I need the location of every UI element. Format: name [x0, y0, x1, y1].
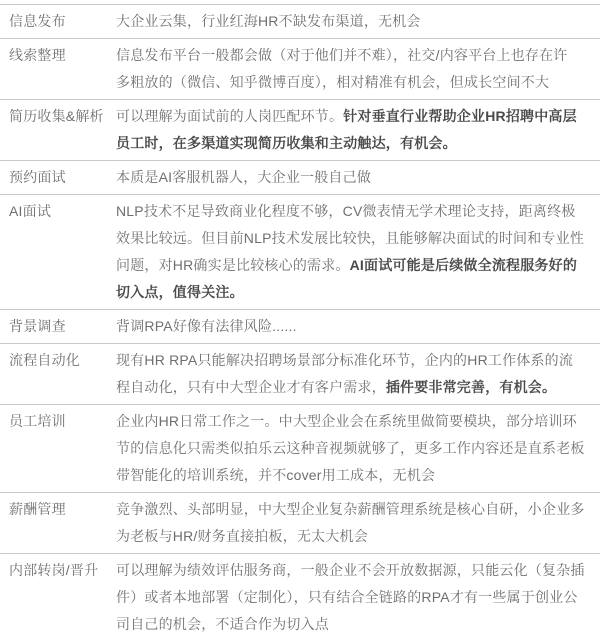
description-text: 带智能化的培训系统，并不cover用工成本，无机会	[116, 467, 435, 483]
description-line: 现有HR RPA只能解决招聘场景部分标准化环节，企内的HR工作体系的流	[116, 347, 594, 374]
row-description: 大企业云集，行业红海HR不缺发布渠道，无机会	[116, 8, 600, 35]
row-description: 现有HR RPA只能解决招聘场景部分标准化环节，企内的HR工作体系的流程自动化，…	[116, 347, 600, 401]
description-text: 背调RPA好像有法律风险......	[116, 318, 297, 334]
description-text-bold: 针对垂直行业帮助企业HR招聘中高层	[343, 108, 577, 124]
description-line: 切入点，值得关注。	[116, 279, 594, 306]
description-text: 司自己的机会，不适合作为切入点	[116, 616, 329, 632]
description-text: 现有HR RPA只能解决招聘场景部分标准化环节，企内的HR工作体系的流	[116, 352, 573, 368]
description-line: 背调RPA好像有法律风险......	[116, 313, 594, 340]
description-line: 员工时，在多渠道实现简历收集和主动触达，有机会。	[116, 130, 594, 157]
table-row: 线索整理信息发布平台一般都会做（对于他们并不难），社交/内容平台上也存在许多粗放…	[0, 39, 600, 100]
description-text-bold: 员工时，在多渠道实现简历收集和主动触达，有机会。	[116, 135, 457, 151]
row-label: 员工培训	[0, 408, 116, 435]
description-line: 节的信息化只需类似拍乐云这种音视频就够了，更多工作内容还是直系老板	[116, 435, 594, 462]
description-text: 程自动化，只有中大型企业才有客户需求，	[116, 379, 386, 395]
row-label: 内部转岗/晋升	[0, 557, 116, 584]
description-line: 司自己的机会，不适合作为切入点	[116, 611, 594, 638]
description-line: 大企业云集，行业红海HR不缺发布渠道，无机会	[116, 8, 594, 35]
row-label: 简历收集&解析	[0, 103, 116, 130]
row-label: 薪酬管理	[0, 496, 116, 523]
row-description: 背调RPA好像有法律风险......	[116, 313, 600, 340]
row-label: AI面试	[0, 198, 116, 225]
description-line: 为老板与HR/财务直接拍板，无太大机会	[116, 523, 594, 550]
description-text: 可以理解为绩效评估服务商，一般企业不会开放数据源，只能云化（复杂插	[116, 562, 585, 578]
description-text: 多粗放的（微信、知乎微博百度），相对精准有机会，但成长空间不大	[116, 74, 549, 90]
description-text: 竞争激烈、头部明显，中大型企业复杂薪酬管理系统是核心自研，小企业多	[116, 501, 585, 517]
row-description: 企业内HR日常工作之一。中大型企业会在系统里做简要模块，部分培训环节的信息化只需…	[116, 408, 600, 489]
table-row: 薪酬管理竞争激烈、头部明显，中大型企业复杂薪酬管理系统是核心自研，小企业多为老板…	[0, 493, 600, 554]
table-row: 流程自动化现有HR RPA只能解决招聘场景部分标准化环节，企内的HR工作体系的流…	[0, 344, 600, 405]
description-text: 效果比较远。但目前NLP技术发展比较快，且能够解决面试的时间和专业性	[116, 230, 584, 246]
description-line: 带智能化的培训系统，并不cover用工成本，无机会	[116, 462, 594, 489]
row-description: 信息发布平台一般都会做（对于他们并不难），社交/内容平台上也存在许多粗放的（微信…	[116, 42, 600, 96]
description-line: 可以理解为绩效评估服务商，一般企业不会开放数据源，只能云化（复杂插	[116, 557, 594, 584]
description-line: 多粗放的（微信、知乎微博百度），相对精准有机会，但成长空间不大	[116, 69, 594, 96]
description-line: NLP技术不足导致商业化程度不够，CV微表情无学术理论支持，距离终极	[116, 198, 594, 225]
description-text: 为老板与HR/财务直接拍板，无太大机会	[116, 528, 368, 544]
row-description: 竞争激烈、头部明显，中大型企业复杂薪酬管理系统是核心自研，小企业多为老板与HR/…	[116, 496, 600, 550]
description-text: 企业内HR日常工作之一。中大型企业会在系统里做简要模块，部分培训环	[116, 413, 577, 429]
table-row: 简历收集&解析可以理解为面试前的人岗匹配环节。针对垂直行业帮助企业HR招聘中高层…	[0, 100, 600, 161]
description-line: 问题，对HR确实是比较核心的需求。AI面试可能是后续做全流程服务好的	[116, 252, 594, 279]
table-row: 内部转岗/晋升可以理解为绩效评估服务商，一般企业不会开放数据源，只能云化（复杂插…	[0, 554, 600, 641]
row-label: 信息发布	[0, 8, 116, 35]
table-row: 员工培训企业内HR日常工作之一。中大型企业会在系统里做简要模块，部分培训环节的信…	[0, 405, 600, 493]
table-row: 背景调查背调RPA好像有法律风险......	[0, 310, 600, 344]
table-row: AI面试NLP技术不足导致商业化程度不够，CV微表情无学术理论支持，距离终极效果…	[0, 195, 600, 310]
description-text: 件）或者本地部署（定制化），只有结合全链路的RPA才有一些属于创业公	[116, 589, 578, 605]
row-label: 背景调查	[0, 313, 116, 340]
row-description: 可以理解为面试前的人岗匹配环节。针对垂直行业帮助企业HR招聘中高层员工时，在多渠…	[116, 103, 600, 157]
description-line: 企业内HR日常工作之一。中大型企业会在系统里做简要模块，部分培训环	[116, 408, 594, 435]
description-text: 节的信息化只需类似拍乐云这种音视频就够了，更多工作内容还是直系老板	[116, 440, 585, 456]
row-label: 流程自动化	[0, 347, 116, 374]
description-text: 可以理解为面试前的人岗匹配环节。	[116, 108, 343, 124]
description-line: 信息发布平台一般都会做（对于他们并不难），社交/内容平台上也存在许	[116, 42, 594, 69]
row-description: 可以理解为绩效评估服务商，一般企业不会开放数据源，只能云化（复杂插件）或者本地部…	[116, 557, 600, 638]
description-text: 问题，对HR确实是比较核心的需求。	[116, 257, 350, 273]
hr-ai-opportunity-table: 信息发布大企业云集，行业红海HR不缺发布渠道，无机会线索整理信息发布平台一般都会…	[0, 4, 600, 641]
description-text-bold: 切入点，值得关注。	[116, 284, 244, 300]
description-text: 本质是AI客服机器人，大企业一般自己做	[116, 169, 371, 185]
description-text-bold: AI面试可能是后续做全流程服务好的	[350, 257, 577, 273]
description-text: 大企业云集，行业红海HR不缺发布渠道，无机会	[116, 13, 421, 29]
table-row: 预约面试本质是AI客服机器人，大企业一般自己做	[0, 161, 600, 195]
description-line: 竞争激烈、头部明显，中大型企业复杂薪酬管理系统是核心自研，小企业多	[116, 496, 594, 523]
description-line: 程自动化，只有中大型企业才有客户需求，插件要非常完善，有机会。	[116, 374, 594, 401]
description-line: 可以理解为面试前的人岗匹配环节。针对垂直行业帮助企业HR招聘中高层	[116, 103, 594, 130]
row-description: 本质是AI客服机器人，大企业一般自己做	[116, 164, 600, 191]
description-line: 件）或者本地部署（定制化），只有结合全链路的RPA才有一些属于创业公	[116, 584, 594, 611]
row-label: 预约面试	[0, 164, 116, 191]
row-description: NLP技术不足导致商业化程度不够，CV微表情无学术理论支持，距离终极效果比较远。…	[116, 198, 600, 306]
row-label: 线索整理	[0, 42, 116, 69]
table-row: 信息发布大企业云集，行业红海HR不缺发布渠道，无机会	[0, 5, 600, 39]
description-text: 信息发布平台一般都会做（对于他们并不难），社交/内容平台上也存在许	[116, 47, 568, 63]
description-text-bold: 插件要非常完善，有机会。	[386, 379, 556, 395]
description-line: 本质是AI客服机器人，大企业一般自己做	[116, 164, 594, 191]
description-text: NLP技术不足导致商业化程度不够，CV微表情无学术理论支持，距离终极	[116, 203, 575, 219]
description-line: 效果比较远。但目前NLP技术发展比较快，且能够解决面试的时间和专业性	[116, 225, 594, 252]
